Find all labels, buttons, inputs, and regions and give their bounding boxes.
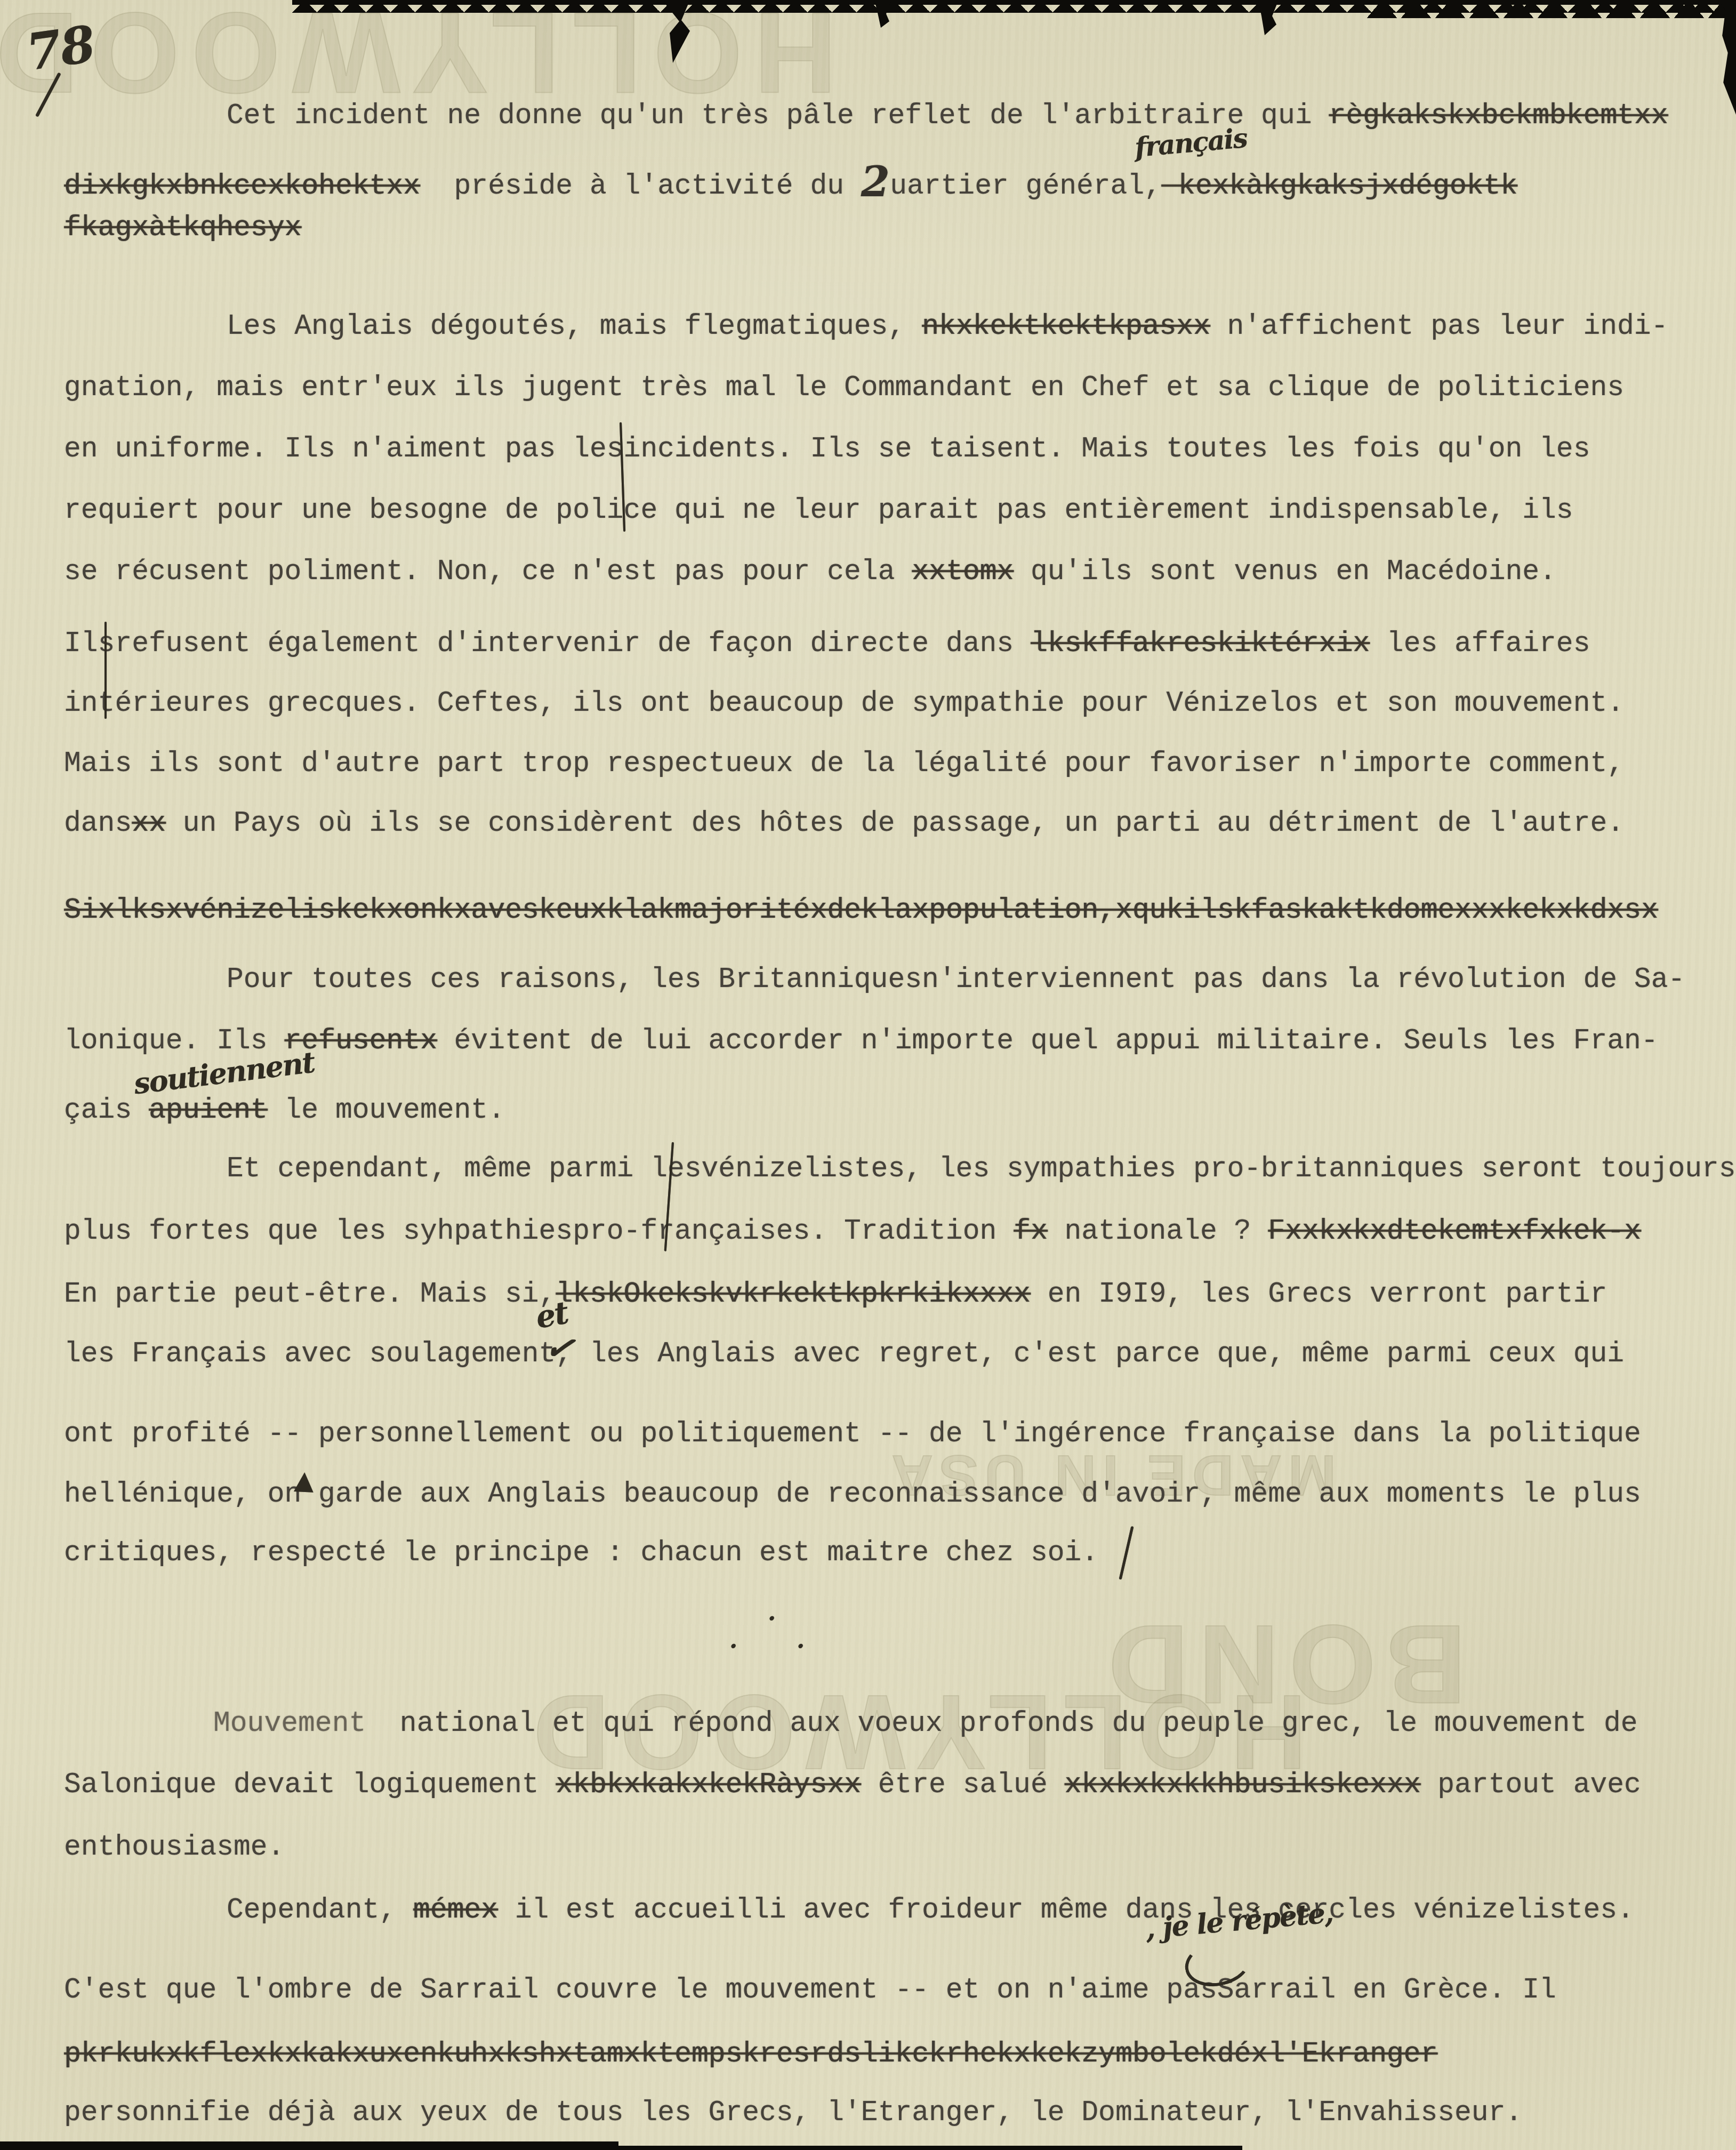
typed-text: qu'ils sont venus en Macédoine. <box>1014 556 1556 588</box>
typed-text: critiques, respecté le principe : chacun… <box>64 1537 1098 1569</box>
typed-text: se récusent poliment. Non, ce n'est pas … <box>64 556 912 588</box>
typed-text: évitent de lui accorder n'importe quel a… <box>437 1025 1658 1057</box>
typed-text: les Anglais avec regret, c'est parce que… <box>573 1338 1624 1370</box>
struck-text: nkxkektkektkpasxx <box>922 310 1210 342</box>
struck-text: Fxxkxkxdtekemtxfxkek-x <box>1268 1215 1641 1247</box>
typed-text: Cet incident ne donne qu'un très pâle re… <box>227 100 1329 132</box>
typed-text: uartier général, <box>890 170 1161 202</box>
typed-text: Et cependant, même parmi les <box>227 1153 702 1185</box>
tear-mark <box>0 0 1736 75</box>
struck-text: lkskffakreskiktérxix <box>1031 628 1370 660</box>
typed-text: intérieures grecques. Ceftes, ils ont be… <box>64 687 1624 719</box>
typed-text: en uniforme. Ils n'aiment pas les <box>64 433 624 465</box>
typed-line: requiert pour une besogne de police qui … <box>64 496 1573 526</box>
typed-line: plus fortes que les syhpathiespro-frança… <box>64 1217 1641 1247</box>
typed-text: En partie peut-être. Mais si, <box>64 1278 556 1310</box>
struck-text: xkxkxkxkkhbusikskexxx <box>1065 1769 1421 1801</box>
typed-line: Les Anglais dégoutés, mais flegmatiques,… <box>227 312 1668 342</box>
typed-text: requiert pour une besogne de police qui … <box>64 494 1573 526</box>
struck-text: xxtomx <box>912 556 1014 588</box>
typed-line: gnation, mais entr'eux ils jugent très m… <box>64 373 1624 403</box>
typed-text: personnifie déjà aux yeux de tous les Gr… <box>64 2097 1522 2129</box>
typed-line: pkrkukxkflexkxkakxuxenkuhxkshxtamxktemps… <box>64 2040 1437 2069</box>
typed-line: Et cependant, même parmi lesvénizelistes… <box>227 1154 1736 1184</box>
typed-text: il est accueilli avec froideur même dans… <box>498 1894 1634 1926</box>
typed-line: dansxx un Pays où ils se considèrent des… <box>64 809 1624 839</box>
typed-line: En partie peut-être. Mais si,lkskOkekskv… <box>64 1280 1607 1310</box>
typed-line: en uniforme. Ils n'aiment pas lesinciden… <box>64 435 1590 464</box>
typed-text: n'affichent pas leur indi- <box>1210 310 1668 342</box>
typed-text: vénizelistes, les sympathies pro-britann… <box>702 1153 1736 1185</box>
typed-text: nationale ? <box>1048 1215 1268 1247</box>
typed-text: hellénique, on <box>64 1478 301 1510</box>
typed-line: enthousiasme. <box>64 1833 284 1863</box>
typed-line: se récusent poliment. Non, ce n'est pas … <box>64 557 1556 587</box>
typed-line: Pour toutes ces raisons, les Britannique… <box>227 965 1685 995</box>
typed-text: incidents. Ils se taisent. Mais toutes l… <box>624 433 1590 465</box>
separator-dot: · <box>768 1605 775 1632</box>
struck-text: dixkgkxbnkcexkohektxx <box>64 170 420 202</box>
typed-line: Cet incident ne donne qu'un très pâle re… <box>227 101 1668 131</box>
typed-text: national et qui répond aux voeux profond… <box>383 1707 1638 1739</box>
typed-text: un Pays où ils se considèrent des hôtes … <box>166 807 1624 839</box>
typed-line: intérieures grecques. Ceftes, ils ont be… <box>64 689 1624 719</box>
separator-dot: · <box>729 1633 736 1660</box>
typed-text: dans <box>64 807 132 839</box>
struck-text: mémex <box>413 1894 498 1926</box>
struck-text: kexkàkgkaksjxdégoktk <box>1161 170 1517 202</box>
typed-text: Salonique devait logiquement <box>64 1769 556 1801</box>
typed-line: les Français avec soulagement, les Angla… <box>64 1339 1624 1369</box>
typed-line: Cependant, mémex il est accueilli avec f… <box>227 1896 1634 1926</box>
typed-text: préside à l'activité du <box>420 170 861 202</box>
caret-mark: ▲ <box>294 1465 314 1496</box>
struck-text: xx <box>132 807 166 839</box>
typed-text: plus fortes que les syhpathiespro-frança… <box>64 1215 1014 1247</box>
typed-text: le mouvement. <box>268 1094 505 1126</box>
typed-text: Sarrail en Grèce. Il <box>1217 1974 1556 2006</box>
typed-line: Mouvement national et qui répond aux voe… <box>213 1709 1638 1739</box>
typed-text: Les Anglais dégoutés, mais flegmatiques, <box>227 310 922 342</box>
hand-letter-q: 2 <box>861 158 890 206</box>
typed-text: Ils <box>64 628 115 660</box>
typed-line: C'est que l'ombre de Sarrail couvre le m… <box>64 1976 1556 2005</box>
struck-text: fx <box>1014 1215 1048 1247</box>
struck-text: pkrkukxkflexkxkakxuxenkuhxkshxtamxktemps… <box>64 2038 1437 2070</box>
typed-text: être salué <box>861 1769 1065 1801</box>
typed-line: Mais ils sont d'autre part trop respectu… <box>64 749 1624 779</box>
struck-text: règkakskxbckmbkemtxx <box>1329 100 1668 132</box>
typed-text: partout avec <box>1420 1769 1641 1801</box>
struck-text: fkagxàtkqhesyx <box>64 212 301 244</box>
typed-text: gnation, mais entr'eux ils jugent très m… <box>64 372 1624 404</box>
typed-text: refusent également d'intervenir de façon… <box>115 628 1030 660</box>
typed-text: enthousiasme. <box>64 1831 284 1863</box>
typed-line: Salonique devait logiquement xkbkxkakxke… <box>64 1770 1641 1800</box>
separator-dot: · <box>797 1633 803 1660</box>
typed-line: fkagxàtkqhesyx <box>64 213 301 243</box>
typed-text: Pour toutes ces raisons, les Britannique… <box>227 964 1685 996</box>
torn-edge-bottom <box>0 2146 1242 2150</box>
typed-line: Ilsrefusent également d'intervenir de fa… <box>64 629 1590 659</box>
struck-text: apuient <box>149 1094 268 1126</box>
struck-text: lkskOkekskvkrkektkpkrkikxxxx <box>556 1278 1031 1310</box>
typed-text: en I9I9, les Grecs verront partir <box>1031 1278 1607 1310</box>
struck-text: xkbkxkakxkekRàysxx <box>556 1769 861 1801</box>
typed-line: ont profité -- personnellement ou politi… <box>64 1419 1641 1449</box>
separator-bar <box>105 622 107 719</box>
typed-text: Mais ils sont d'autre part trop respectu… <box>64 748 1624 780</box>
typed-text: les affaires <box>1370 628 1590 660</box>
typed-text: Cependant, <box>227 1894 413 1926</box>
typed-line: Sixlksxvénizeliskekxonkxaveskeuxklakmajo… <box>64 896 1658 926</box>
typed-text: C'est que l'ombre de Sarrail couvre le m… <box>64 1974 1217 2006</box>
typed-line: personnifie déjà aux yeux de tous les Gr… <box>64 2098 1522 2128</box>
struck-text: Sixlksxvénizeliskekxonkxaveskeuxklakmajo… <box>64 894 1658 926</box>
scanned-typescript-page: HOLLYWOOD MADE IN USA BOND HOLLYWOOD Cet… <box>0 0 1736 2150</box>
typed-text: Mouvement <box>213 1707 383 1739</box>
typed-text: garde aux Anglais beaucoup de reconnaiss… <box>301 1478 1641 1510</box>
typed-line: çais apuient le mouvement. <box>64 1096 505 1126</box>
typed-line: critiques, respecté le principe : chacun… <box>64 1538 1098 1568</box>
typed-text: ont profité -- personnellement ou politi… <box>64 1418 1641 1450</box>
typed-line: dixkgkxbnkcexkohektxx préside à l'activi… <box>64 158 1517 202</box>
typed-text: les Français avec soulagement, <box>64 1338 573 1370</box>
